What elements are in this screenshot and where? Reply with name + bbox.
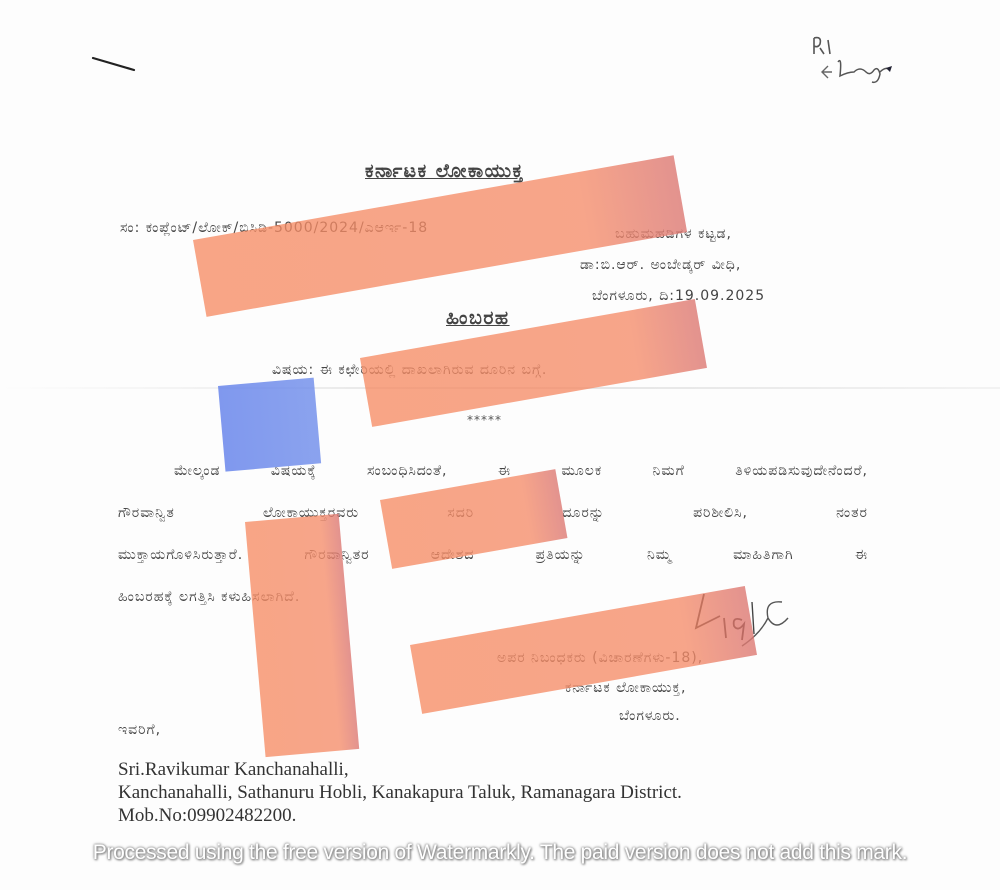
recipient-mobile: Mob.No:09902482200. [118,804,682,827]
body-word: ಮುಕ್ತಾಯಗೊಳಿಸಿರುತ್ತಾರೆ. [118,534,243,576]
body-word: ವಿಷಯಕ್ಕೆ [271,450,317,492]
body-word: ದೂರನ್ನು [562,492,605,534]
body-word: ತಿಳಿಯಪಡಿಸುವುದೇನೆಂದರೆ, [735,450,868,492]
endorsement-heading: ಹಿಂಬರಹ [446,307,510,329]
handwritten-note [808,32,898,92]
watermark-text: Processed using the free version of Wate… [0,841,1000,865]
body-word: ಪರಿಶೀಲಿಸಿ, [693,492,748,534]
scanned-letter-page: ಕರ್ನಾಟಕ ಲೋಕಾಯುಕ್ತ ಸಂ: ಕಂಪ್ಲೆಂಟ್/ಲೋಕ್/ಬಿಸ… [0,0,1000,890]
office-address-line-1: ಬಹುಮಹಡಿಗಳ ಕಟ್ಟಡ, [615,219,732,250]
body-word: ಹಿಂಬರಹಕ್ಕೆ ಲಗತ್ತಿಸಿ ಕಳುಹಿಸಲಾಗಿದೆ. [118,576,300,618]
body-word: ಸದರಿ [447,492,474,534]
body-word: ಗೌರವಾನ್ವಿತರ [304,534,369,576]
to-label: ಇವರಿಗೆ, [118,722,161,738]
body-word: ಈ [498,450,511,492]
body-line: ಮೇಲ್ಕಂಡವಿಷಯಕ್ಕೆಸಂಬಂಧಿಸಿದಂತೆ,ಈಮೂಲಕನಿಮಗೆತಿ… [118,450,868,492]
body-word: ನಿಮಗೆ [653,450,685,492]
signatory-city: ಬೆಂಗಳೂರು. [619,701,681,731]
signatory-designation: ಅಪರ ನಿಬಂಧಕರು (ವಿಚಾರಣೆಗಳು-18), [497,643,703,673]
separator-stars: ***** [467,413,502,427]
body-word: ಸಂಬಂಧಿಸಿದಂತೆ, [367,450,447,492]
recipient-name: Sri.Ravikumar Kanchanahalli, [118,758,682,781]
body-line: ಗೌರವಾನ್ವಿತಲೋಕಾಯುಕ್ತರವರುಸದರಿದೂರನ್ನುಪರಿಶೀಲ… [118,492,868,534]
handwritten-signature [690,588,800,648]
body-word: ಮಾಹಿತಿಗಾಗಿ [733,534,793,576]
subject-line: ವಿಷಯ: ಈ ಕಛೇರಿಯಲ್ಲಿ ದಾಖಲಾಗಿರುವ ದೂರಿನ ಬಗ್ಗ… [272,362,547,378]
office-address-date: ಬೆಂಗಳೂರು, ದಿ:19.09.2025 [592,281,765,312]
body-word: ಮೂಲಕ [562,450,603,492]
recipient-block: Sri.Ravikumar Kanchanahalli, Kanchanahal… [118,758,682,827]
body-word: ಆದೇಶದ [431,534,475,576]
body-word: ಈ [855,534,868,576]
body-word: ಲೋಕಾಯುಕ್ತರವರು [263,492,359,534]
body-word: ಮೇಲ್ಕಂಡ [174,450,220,492]
body-word: ನಿಮ್ಮ [647,534,672,576]
office-address-line-2: ಡಾ:ಬಿ.ಆರ್. ಅಂಬೇಡ್ಕರ್ ವೀಧಿ, [580,250,741,281]
document-title: ಕರ್ನಾಟಕ ಲೋಕಾಯುಕ್ತ [365,160,524,182]
body-line: ಮುಕ್ತಾಯಗೊಳಿಸಿರುತ್ತಾರೆ.ಗೌರವಾನ್ವಿತರಆದೇಶದಪ್… [118,534,868,576]
signatory-office: ಕರ್ನಾಟಕ ಲೋಕಾಯುಕ್ತ, [565,673,686,703]
reference-number: ಸಂ: ಕಂಪ್ಲೆಂಟ್/ಲೋಕ್/ಬಿಸಿಡಿ-5000/2024/ಎಆರ್… [120,220,428,236]
pen-stroke-mark [90,52,140,76]
scan-artifact-line [0,387,1000,389]
body-word: ಗೌರವಾನ್ವಿತ [118,492,175,534]
body-word: ನಂತರ [836,492,868,534]
recipient-address: Kanchanahalli, Sathanuru Hobli, Kanakapu… [118,781,682,804]
body-word: ಪ್ರತಿಯನ್ನು [536,534,586,576]
